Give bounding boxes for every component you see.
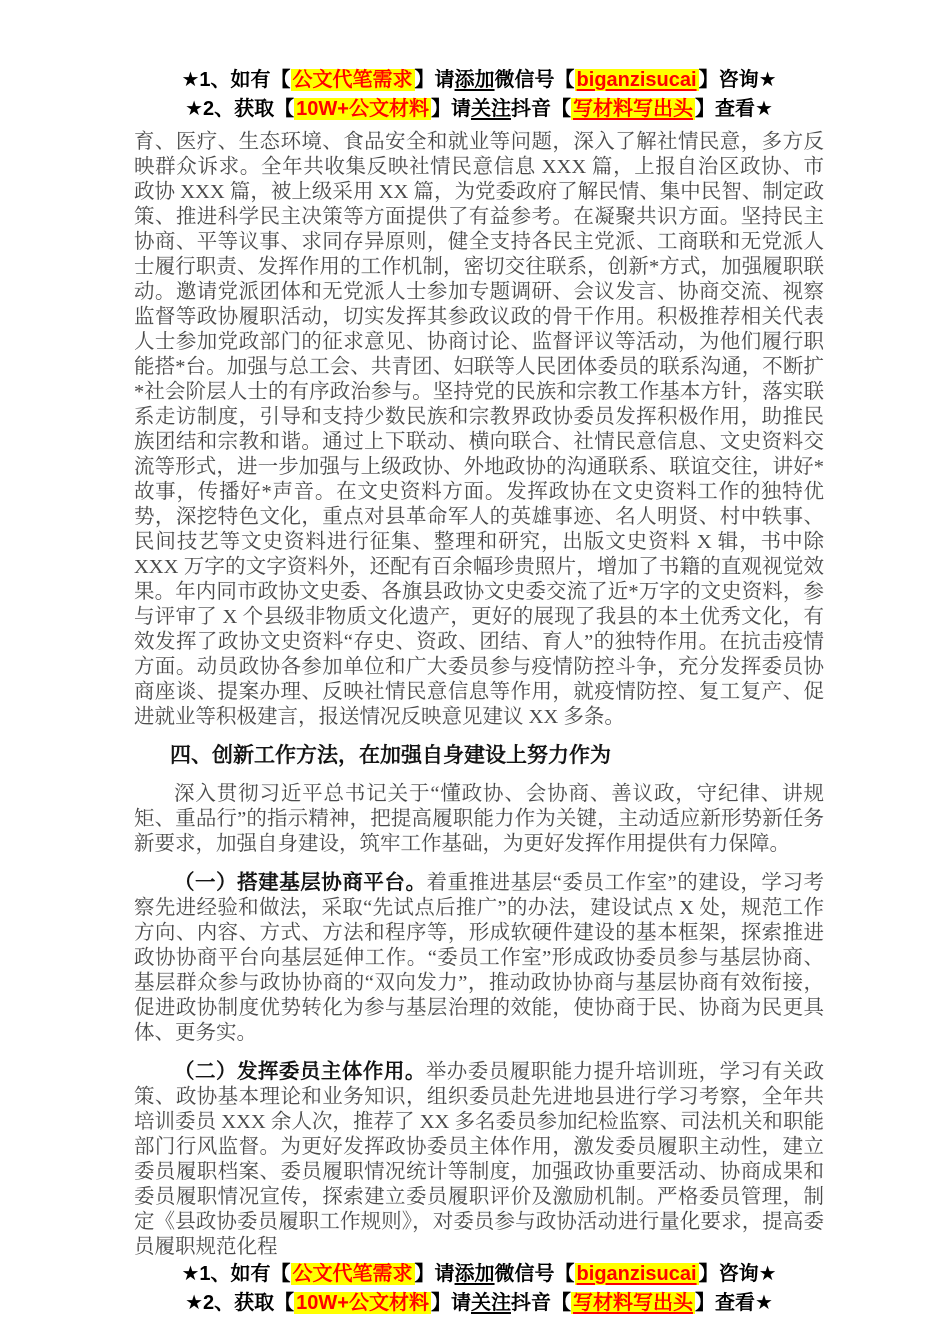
body-paragraph-item-1: （一）搭建基层协商平台。着重推进基层“委员工作室”的建设，学习考察先进经验和做法…: [134, 870, 824, 1046]
promo-text: 抖音【: [511, 98, 571, 120]
promo-header: ★1、如有【公文代笔需求】请添加微信号【biganzisucai】咨询★ ★2、…: [134, 66, 824, 124]
paragraph-text-2: 举办委员履职能力提升培训班，学习有关政策、政协基本理论和业务知识，组织委员赴先进…: [134, 1061, 824, 1258]
promo-footer-line-2: ★2、获取【10W+公文材料】请关注抖音【写材料写出头】查看★: [134, 1289, 824, 1318]
promo-text: 】请: [415, 69, 455, 91]
section-heading-4: 四、创新工作方法，在加强自身建设上努力作为: [134, 743, 824, 769]
promo-text: 抖音【: [511, 1292, 571, 1314]
paragraph-text-1: 着重推进基层“委员工作室”的建设，学习考察先进经验和做法，采取“先试点后推广”的…: [134, 872, 824, 1044]
promo-text: 】请: [415, 1263, 455, 1285]
promo-underlined-text: 添加: [455, 1263, 495, 1285]
promo-text: ★2、获取【: [185, 1292, 294, 1314]
promo-highlight: 公文代笔需求: [291, 1263, 415, 1285]
promo-text: ★1、如有【: [181, 1263, 290, 1285]
promo-highlight: 公文代笔需求: [291, 69, 415, 91]
paragraph-lead-2: （二）发挥委员主体作用。: [174, 1060, 426, 1083]
promo-header-line-1: ★1、如有【公文代笔需求】请添加微信号【biganzisucai】咨询★: [134, 66, 824, 95]
promo-text: 微信号【: [495, 1263, 575, 1285]
promo-highlight-wechat-id: biganzisucai: [575, 1263, 699, 1285]
promo-text: 】咨询★: [699, 69, 777, 91]
document-page: ★1、如有【公文代笔需求】请添加微信号【biganzisucai】咨询★ ★2、…: [0, 0, 950, 1344]
promo-text: 】请: [431, 98, 471, 120]
paragraph-lead-1: （一）搭建基层协商平台。: [174, 871, 427, 894]
promo-highlight: 10W+公文材料: [294, 1292, 431, 1314]
promo-header-line-2: ★2、获取【10W+公文材料】请关注抖音【写材料写出头】查看★: [134, 95, 824, 124]
promo-footer: ★1、如有【公文代笔需求】请添加微信号【biganzisucai】咨询★ ★2、…: [134, 1260, 824, 1318]
promo-text: 微信号【: [495, 69, 575, 91]
body-paragraph-intro: 深入贯彻习近平总书记关于“懂政协、会协商、善议政，守纪律、讲规矩、重品行”的指示…: [134, 782, 824, 857]
body-paragraph-continuation: 育、医疗、生态环境、食品安全和就业等问题，深入了解社情民意，多方反映群众诉求。全…: [134, 130, 824, 730]
promo-text: 】查看★: [695, 1292, 773, 1314]
promo-highlight: 10W+公文材料: [294, 98, 431, 120]
promo-text: ★1、如有【: [181, 69, 290, 91]
promo-text: 】请: [431, 1292, 471, 1314]
promo-text: 】咨询★: [699, 1263, 777, 1285]
promo-underlined-text: 添加: [455, 69, 495, 91]
promo-footer-line-1: ★1、如有【公文代笔需求】请添加微信号【biganzisucai】咨询★: [134, 1260, 824, 1289]
promo-text: ★2、获取【: [185, 98, 294, 120]
promo-underlined-text: 关注: [471, 98, 511, 120]
promo-highlight-douyin-id: 写材料写出头: [571, 1292, 695, 1314]
document-body: 育、医疗、生态环境、食品安全和就业等问题，深入了解社情民意，多方反映群众诉求。全…: [134, 130, 824, 1260]
promo-highlight-wechat-id: biganzisucai: [575, 69, 699, 91]
promo-underlined-text: 关注: [471, 1292, 511, 1314]
body-paragraph-item-2: （二）发挥委员主体作用。举办委员履职能力提升培训班，学习有关政策、政协基本理论和…: [134, 1059, 824, 1260]
promo-text: 】查看★: [695, 98, 773, 120]
promo-highlight-douyin-id: 写材料写出头: [571, 98, 695, 120]
